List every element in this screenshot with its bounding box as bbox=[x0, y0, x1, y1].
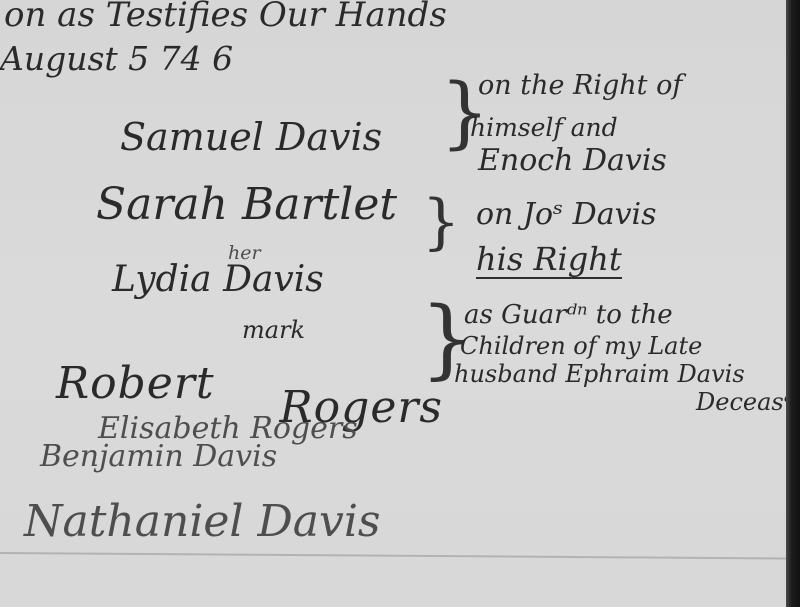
signature-nathaniel-davis: Nathaniel Davis bbox=[24, 500, 381, 544]
note-sarah-line-1: on Joˢ Davis bbox=[476, 200, 657, 230]
note-samuel-line-1: on the Right of bbox=[478, 72, 682, 99]
page-fold-line bbox=[0, 552, 786, 559]
mark-label-mark: mark bbox=[242, 318, 305, 342]
signature-benjamin-davis: Benjamin Davis bbox=[40, 442, 277, 472]
manuscript-page: on as Testifies Our Hands August 5 74 6 … bbox=[0, 0, 786, 607]
brace-sarah: } bbox=[422, 192, 460, 252]
signature-lydia-davis: Lydia Davis bbox=[112, 262, 324, 298]
note-lydia-line-3: husband Ephraim Davis bbox=[454, 362, 745, 386]
signature-robert-rogers: Robert Rogers bbox=[56, 362, 393, 406]
signature-samuel-davis: Samuel Davis bbox=[120, 118, 382, 156]
header-line-1: on as Testifies Our Hands bbox=[4, 0, 447, 32]
note-lydia-line-4: Deceasᵈ bbox=[696, 390, 793, 414]
robert-first: Robert bbox=[56, 358, 215, 409]
note-lydia-line-1: as Guarᵈⁿ to the bbox=[464, 302, 673, 328]
page-binding-edge bbox=[786, 0, 800, 607]
signature-sarah-bartlet: Sarah Bartlet bbox=[96, 183, 397, 227]
note-lydia-line-2: Children of my Late bbox=[460, 334, 702, 358]
note-samuel-line-3: Enoch Davis bbox=[478, 146, 667, 176]
note-samuel-line-2: himself and bbox=[470, 115, 618, 140]
header-line-2: August 5 74 6 bbox=[0, 42, 233, 75]
note-sarah-line-2: his Right bbox=[476, 243, 622, 279]
